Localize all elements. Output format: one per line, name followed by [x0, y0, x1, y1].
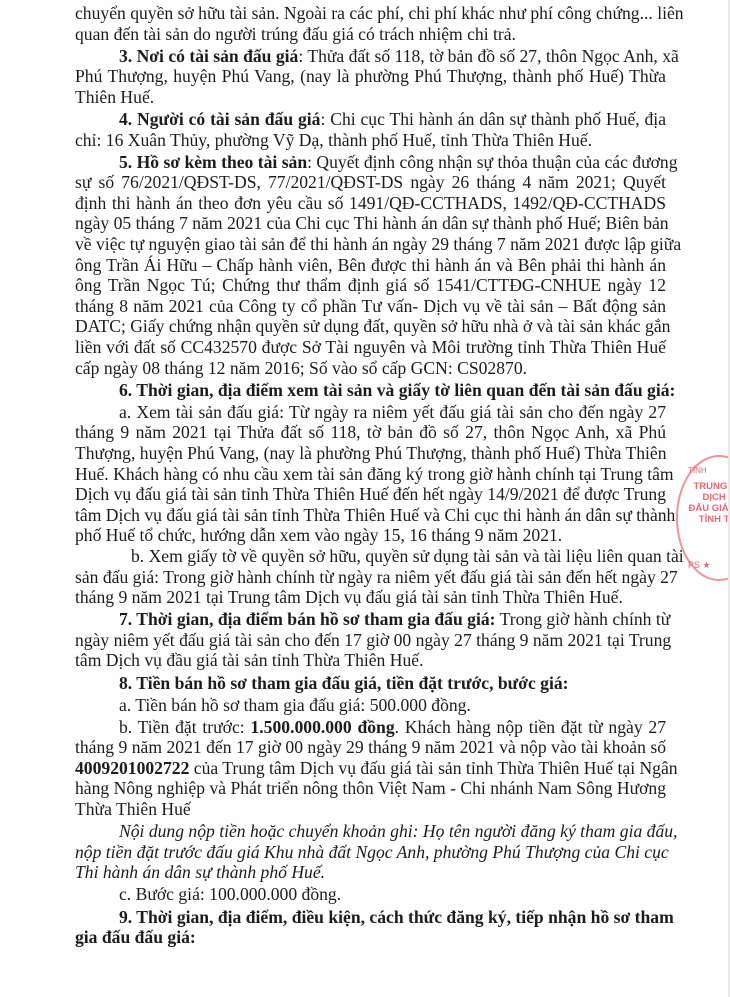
red-seal-stamp: TỈNH TRUNG TÂM DỊCH VỤ ĐẤU GIÁ TÀI S TỈN…	[676, 455, 730, 581]
text-line: Phú Thượng, huyện Phú Vang, (nay là phườ…	[75, 66, 666, 87]
stamp-line: TỈNH T.T.H	[682, 514, 730, 525]
section-7-heading: 7. Thời gian, địa điểm bán hồ sơ tham gi…	[75, 609, 666, 630]
text-line: b. Xem giấy tờ về quyền sở hữu, quyền sử…	[75, 546, 666, 567]
section-8-heading: 8. Tiền bán hồ sơ tham gia đấu giá, tiền…	[75, 673, 666, 694]
text-line: Dịch vụ đấu giá tài sản tỉnh Thừa Thiên …	[75, 484, 666, 505]
italic-line: nộp tiền đặt trước đấu giá Khu nhà đất N…	[75, 842, 666, 863]
section-9-heading: 9. Thời gian, địa điểm, điều kiện, cách …	[75, 907, 666, 928]
text-line: quan đến tài sản do người trúng đấu giá …	[75, 24, 666, 45]
stamp-top-text: TỈNH	[688, 465, 707, 476]
text-line: c. Bước giá: 100.000.000 đồng.	[75, 884, 666, 905]
section-5-heading: 5. Hồ sơ kèm theo tài sản: Quyết định cô…	[75, 152, 666, 173]
text-line: cấp ngày 08 tháng 12 năm 2016; Số vào sổ…	[75, 358, 666, 379]
account-number-line: 4009201002722 của Trung tâm Dịch vụ đấu …	[75, 758, 666, 779]
text-line: a. Tiền bán hồ sơ tham gia đấu giá: 500.…	[75, 695, 666, 716]
text-line: Thượng, huyện Phú Vang, (nay là phường P…	[75, 443, 666, 464]
text-line: phố Huế tổ chức, hướng dẫn xem vào ngày …	[75, 525, 666, 546]
text-line: a. Xem tài sản đấu giá: Từ ngày ra niêm …	[75, 402, 666, 423]
text-line: hàng Nông nghiệp và Phát triển nông thôn…	[75, 778, 666, 799]
section-3-heading: 3. Nơi có tài sản đấu giá: Thửa đất số 1…	[75, 46, 666, 67]
text-line: chuyển quyền sở hữu tài sản. Ngoài ra cá…	[75, 3, 666, 24]
text-line: tháng 9 năm 2021 tại Trung tâm Dịch vụ đ…	[75, 587, 666, 608]
text-line: ông Trần Ngọc Tú; Chứng thư thẩm định gi…	[75, 275, 666, 296]
section-4-heading: 4. Người có tài sản đấu giá: Chi cục Thi…	[75, 109, 666, 130]
text-line: Huế. Khách hàng có nhu cầu xem tài sản đ…	[75, 464, 666, 485]
italic-line: Thi hành án dân sự thành phố Huế.	[75, 862, 666, 883]
document-page: chuyển quyền sở hữu tài sản. Ngoài ra cá…	[0, 0, 730, 997]
text-line: ngày 05 tháng 7 năm 2021 của Chi cục Thi…	[75, 213, 666, 234]
text-line: chỉ: 16 Xuân Thủy, phường Vỹ Dạ, thành p…	[75, 130, 666, 151]
stamp-line: DỊCH VỤ	[682, 492, 730, 503]
stamp-body: TRUNG TÂM DỊCH VỤ ĐẤU GIÁ TÀI S TỈNH T.T…	[682, 481, 730, 525]
text-line: Thừa Thiên Huế	[75, 799, 666, 820]
text-line: tâm Dịch vụ đầu giá tài sản tỉnh Thừa Th…	[75, 650, 666, 671]
document-body: chuyển quyền sở hữu tài sản. Ngoài ra cá…	[75, 3, 666, 948]
text-line: tâm Dịch vụ đấu giá tài sản tỉnh Thừa Th…	[75, 505, 666, 526]
text-line: sản đấu giá: Trong giờ hành chính từ ngà…	[75, 567, 666, 588]
text-line: b. Tiền đặt trước: 1.500.000.000 đồng. K…	[75, 717, 666, 738]
text-line: tháng 9 năm 2021 đến 17 giờ 00 ngày 29 t…	[75, 737, 666, 758]
section-9-heading-cont: gia đấu đấu giá:	[75, 927, 666, 948]
text-line: ông Trần Ái Hữu – Chấp hành viên, Bên đư…	[75, 255, 666, 276]
text-line: định thi hành án theo đơn yêu cầu số 149…	[75, 193, 666, 214]
text-line: liền với đất số CC432570 được Sở Tài ngu…	[75, 337, 666, 358]
text-line: DATC; Giấy chứng nhận quyền sử dụng đất,…	[75, 316, 666, 337]
stamp-bottom-text: PS ★	[688, 560, 711, 571]
text-line: Thiên Huế.	[75, 87, 666, 108]
text-line: sự số 76/2021/QĐST-DS, 77/2021/QĐST-DS n…	[75, 172, 666, 193]
section-6-heading: 6. Thời gian, địa điểm xem tài sản và gi…	[75, 380, 666, 401]
stamp-line: ĐẤU GIÁ TÀI S	[682, 503, 730, 514]
text-line: về việc tự nguyện giao tài sản để thi hà…	[75, 234, 666, 255]
italic-line: Nội dung nộp tiền hoặc chuyển khoản ghi:…	[75, 821, 666, 842]
stamp-line: TRUNG TÂM	[682, 481, 730, 492]
text-line: ngày niêm yết đấu giá tài sản cho đến 17…	[75, 630, 666, 651]
text-line: tháng 8 năm 2021 của Công ty cổ phần Tư …	[75, 296, 666, 317]
text-line: tháng 9 năm 2021 tại Thửa đất số 118, tờ…	[75, 422, 666, 443]
